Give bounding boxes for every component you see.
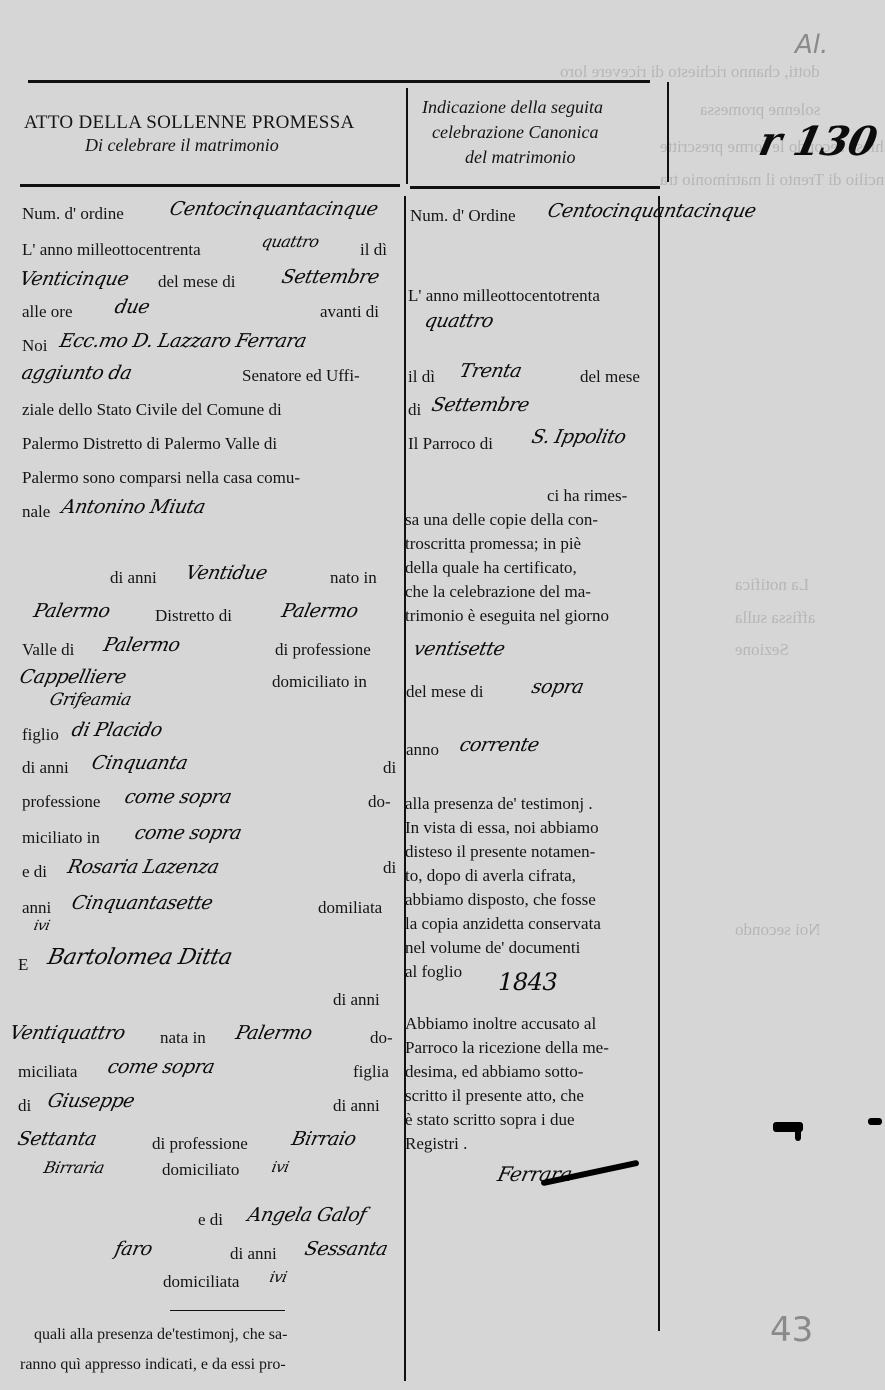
handwritten-entry: Ecc.mo D. Lazzaro Ferrara — [58, 330, 309, 352]
heading-rule-left — [20, 184, 400, 187]
handwritten-entry: Palermo — [32, 600, 112, 622]
handwritten-entry: Venticinque — [18, 268, 131, 290]
handwritten-entry: aggiunto da — [20, 362, 134, 384]
printed-text: che la celebrazione del ma- — [405, 582, 591, 602]
handwritten-entry: Rosaria Lazenza — [66, 856, 221, 878]
printed-text: alle ore — [22, 302, 73, 322]
handwritten-entry: Palermo — [102, 634, 182, 656]
printed-text: il dì — [360, 240, 387, 260]
printed-text: Num. d' Ordine — [410, 206, 516, 226]
handwritten-entry: Bartolomea Ditta — [45, 945, 234, 970]
printed-text: la copia anzidetta conservata — [405, 914, 601, 934]
ink-blot — [795, 1127, 801, 1141]
column-divider — [667, 82, 669, 182]
ink-blot — [868, 1118, 882, 1125]
printed-text: figlia — [353, 1062, 389, 1082]
printed-text: figlio — [22, 725, 59, 745]
handwritten-entry: Birraio — [290, 1128, 358, 1150]
handwritten-entry: Palermo — [234, 1022, 314, 1044]
printed-text: del mese di — [406, 682, 483, 702]
handwritten-entry: di Placido — [70, 719, 164, 741]
signature: Ferrara — [495, 1162, 574, 1186]
printed-text: di anni — [333, 990, 380, 1010]
right-heading: del matrimonio — [465, 147, 576, 168]
top-rule — [28, 80, 253, 83]
printed-text: trimonio è eseguita nel giorno — [405, 606, 609, 626]
bleed-through-text: solenne promessa — [700, 100, 820, 120]
printed-text: Palermo Distretto di Palermo Valle di — [22, 434, 277, 454]
printed-text: Abbiamo inoltre accusato al — [405, 1014, 596, 1034]
handwritten-entry: Palermo — [280, 600, 360, 622]
printed-text: L' anno milleottocentrenta — [22, 240, 201, 260]
handwritten-entry: Cappelliere — [18, 666, 128, 688]
printed-text: Il Parroco di — [408, 434, 493, 454]
printed-text: del mese di — [158, 272, 235, 292]
column-divider — [406, 88, 408, 184]
printed-text: do- — [370, 1028, 393, 1048]
handwritten-entry: S. Ippolito — [530, 426, 628, 448]
handwritten-entry: ivi — [270, 1158, 290, 1176]
right-heading: Indicazione della seguita — [422, 97, 603, 118]
printed-text: nel volume de' documenti — [405, 938, 580, 958]
handwritten-entry: Sessanta — [303, 1238, 390, 1260]
page-number-top: Al. — [795, 30, 828, 60]
handwritten-entry: corrente — [458, 734, 541, 756]
printed-text: al foglio — [405, 962, 462, 982]
printed-text: domiliata — [318, 898, 382, 918]
printed-text: Senatore ed Uffi- — [242, 366, 360, 386]
printed-text: di — [383, 858, 396, 878]
printed-text: alla presenza de' testimonj . — [405, 794, 593, 814]
printed-text: domiciliato — [162, 1160, 239, 1180]
printed-text: desima, ed abbiamo sotto- — [405, 1062, 583, 1082]
bleed-through-text: La notifica — [735, 575, 809, 595]
handwritten-entry: Settanta — [16, 1128, 99, 1150]
printed-text: anni — [22, 898, 51, 918]
handwritten-entry: Settembre — [280, 266, 381, 288]
printed-text: di anni — [22, 758, 69, 778]
top-rule — [253, 80, 650, 83]
printed-text: di anni — [110, 568, 157, 588]
printed-text: ranno quì appresso indicati, e da essi p… — [20, 1356, 286, 1374]
printed-text: di — [408, 400, 421, 420]
printed-text: e di — [198, 1210, 223, 1230]
left-heading: ATTO DELLA SOLLENNE PROMESSA — [24, 112, 355, 134]
printed-text: do- — [368, 792, 391, 812]
handwritten-entry: ventisette — [412, 638, 507, 660]
printed-text: Noi — [22, 336, 48, 356]
printed-text: nale — [22, 502, 50, 522]
page-number-bottom: 43 — [770, 1310, 813, 1350]
printed-text: Distretto di — [155, 606, 232, 626]
handwritten-entry: Grifeamia — [48, 690, 133, 710]
printed-text: miciliato in — [22, 828, 100, 848]
printed-text: di anni — [333, 1096, 380, 1116]
handwritten-entry: ivi — [32, 918, 51, 934]
margin-reference-number: r 130 — [755, 118, 881, 165]
printed-text: e di — [22, 862, 47, 882]
handwritten-entry: faro — [113, 1238, 155, 1260]
printed-text: di professione — [152, 1134, 248, 1154]
printed-text: del mese — [580, 367, 640, 387]
printed-text: In vista di essa, noi abbiamo — [405, 818, 599, 838]
handwritten-entry: Centocinquantacinque — [168, 198, 380, 220]
printed-text: nata in — [160, 1028, 206, 1048]
printed-text: disteso il presente notamen- — [405, 842, 595, 862]
bleed-through-text: Concilio di Trento il matrimonio tra — [660, 170, 885, 190]
printed-text: di anni — [230, 1244, 277, 1264]
printed-text: di — [18, 1096, 31, 1116]
printed-text: è stato scritto sopra i due — [405, 1110, 575, 1130]
printed-text: anno — [406, 740, 439, 760]
handwritten-entry: Antonino Miuta — [60, 496, 207, 518]
handwritten-entry: 1843 — [495, 968, 560, 996]
right-heading: celebrazione Canonica — [432, 122, 598, 143]
handwritten-entry: Angela Galof — [246, 1204, 369, 1226]
handwritten-entry: Ventiquattro — [8, 1022, 127, 1044]
handwritten-entry: Centocinquantacinque — [546, 200, 758, 222]
handwritten-entry: Trenta — [458, 360, 524, 382]
handwritten-entry: Settembre — [430, 394, 531, 416]
printed-text: avanti di — [320, 302, 379, 322]
handwritten-entry: Giuseppe — [46, 1090, 137, 1112]
printed-text: Valle di — [22, 640, 74, 660]
printed-text: domiciliata — [163, 1272, 239, 1292]
printed-text: domiciliato in — [272, 672, 367, 692]
column-divider — [404, 196, 406, 1381]
handwritten-entry: due — [113, 296, 152, 318]
printed-text: troscritta promessa; in piè — [405, 534, 581, 554]
printed-text: E — [18, 955, 28, 975]
bleed-through-text: Sezione — [735, 640, 789, 660]
handwritten-entry: sopra — [530, 676, 586, 698]
handwritten-entry: Birraria — [42, 1158, 106, 1177]
left-subheading: Di celebrare il matrimonio — [85, 135, 279, 156]
printed-text: Parroco la ricezione della me- — [405, 1038, 609, 1058]
printed-text: sa una delle copie della con- — [405, 510, 598, 530]
printed-text: abbiamo disposto, che fosse — [405, 890, 596, 910]
printed-text: professione — [22, 792, 100, 812]
printed-text: miciliata — [18, 1062, 77, 1082]
handwritten-entry: Cinquanta — [90, 752, 190, 774]
handwritten-entry: Ventidue — [184, 562, 270, 584]
handwritten-entry: quattro — [423, 310, 496, 332]
bleed-through-text: Noi secondo — [735, 920, 820, 940]
printed-text: ziale dello Stato Civile del Comune di — [22, 400, 282, 420]
document-page: dotti, channo richiesto di ricevere loro… — [0, 0, 885, 1390]
handwritten-entry: come sopra — [123, 786, 234, 808]
printed-text: nato in — [330, 568, 377, 588]
column-divider — [658, 196, 660, 1331]
printed-text: il dì — [408, 367, 435, 387]
printed-text: di — [383, 758, 396, 778]
handwritten-entry: quattro — [260, 232, 321, 251]
printed-text: quali alla presenza de'testimonj, che sa… — [34, 1326, 287, 1344]
heading-rule-right — [410, 186, 660, 189]
bleed-through-text: dotti, channo richiesto di ricevere loro — [560, 62, 820, 82]
printed-text: L' anno milleottocentotrenta — [408, 286, 600, 306]
bleed-through-text: affissa sulla — [735, 608, 815, 628]
printed-text: della quale ha certificato, — [405, 558, 577, 578]
handwritten-entry: come sopra — [133, 822, 244, 844]
handwritten-entry: Cinquantasette — [70, 892, 215, 914]
printed-text: Registri . — [405, 1134, 467, 1154]
handwritten-entry: ivi — [268, 1268, 288, 1286]
printed-text: ci ha rimes- — [547, 486, 627, 506]
handwritten-entry: come sopra — [106, 1056, 217, 1078]
printed-text: di professione — [275, 640, 371, 660]
printed-text: Num. d' ordine — [22, 204, 124, 224]
section-divider — [170, 1310, 285, 1311]
printed-text: scritto il presente atto, che — [405, 1086, 584, 1106]
printed-text: to, dopo di averla cifrata, — [405, 866, 576, 886]
printed-text: Palermo sono comparsi nella casa comu- — [22, 468, 300, 488]
